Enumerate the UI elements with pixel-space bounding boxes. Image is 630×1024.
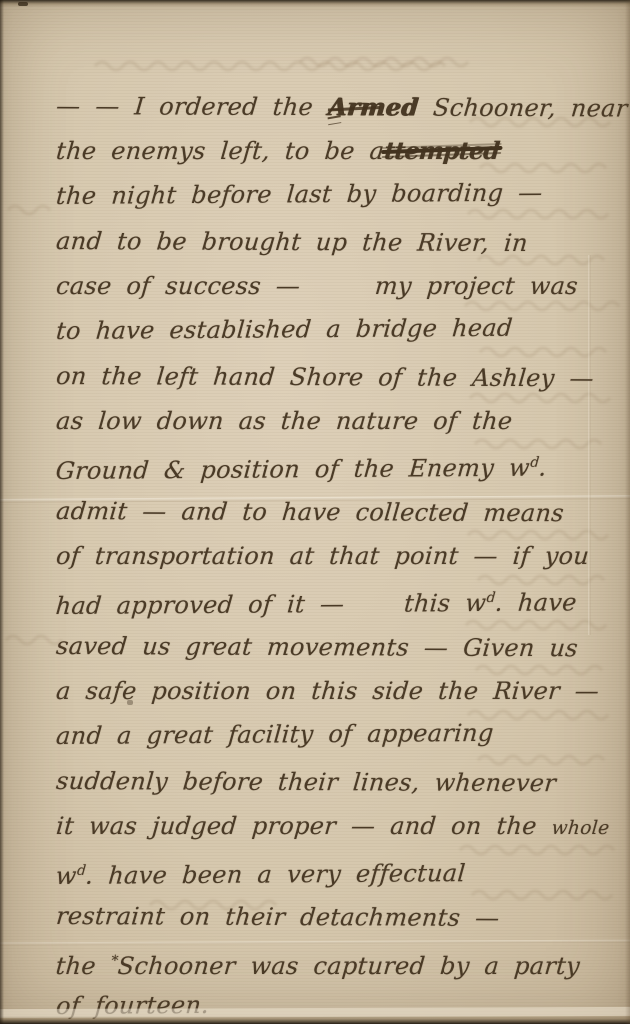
text-segment: — — I ordered the [55, 92, 329, 121]
letter-line: wd. have been a very effectual [54, 847, 610, 896]
scanned-letter-page: — — I ordered the Armed Schooner, nearth… [0, 0, 630, 1024]
text-segment: suddenly before their lines, whenever [55, 767, 557, 797]
text-segment: and to be brought up the River, in [55, 227, 529, 257]
text-segment: . [538, 454, 548, 482]
letter-line: the enemys left, to be attempted [54, 131, 610, 176]
text-segment: a safe position on this side the River — [55, 677, 600, 705]
letter-line: admit — and to have collected means [54, 491, 610, 538]
letter-line: had approved of it — this wd. have [54, 577, 610, 626]
text-segment-overwrite: Armed [327, 92, 420, 121]
text-segment: Schooner, near [417, 94, 629, 123]
ink-speck-margin [127, 700, 133, 705]
text-segment: . have [494, 588, 578, 617]
letter-line: restraint on their detachments — [54, 896, 610, 943]
text-segment-strike: ttempted [383, 136, 500, 165]
text-segment: restraint on their detachments — [55, 902, 501, 932]
letter-line: to have established a bridge head [54, 307, 610, 356]
text-segment: the night before last by boarding — [55, 179, 544, 210]
page-edge-left [0, 0, 4, 1024]
letter-line: a safe position on this side the River — [54, 671, 610, 716]
letter-body: — — I ordered the Armed Schooner, nearth… [56, 86, 608, 1024]
text-segment: of transportation at that point — if you [55, 542, 590, 570]
text-segment: to have established a bridge head [55, 314, 514, 345]
text-segment: Ground & position of the Enemy w [55, 454, 531, 485]
letter-line: saved us great movements — Given us [54, 626, 610, 673]
letter-line: on the left hand Shore of the Ashley — [54, 356, 610, 403]
page-edge-bottom [0, 1016, 630, 1024]
letter-line: and a great facility of appearing [54, 712, 610, 761]
text-segment: as low down as the nature of the [55, 407, 514, 435]
text-segment: case of success — my project was [55, 272, 579, 300]
letter-line: it was judged proper — and on the whole [54, 806, 610, 851]
letter-line: — — I ordered the Armed Schooner, near [54, 86, 610, 133]
letter-line: of transportation at that point — if you [54, 536, 610, 581]
letter-line: Ground & position of the Enemy wd. [54, 442, 610, 491]
letter-line: the night before last by boarding — [54, 172, 610, 221]
letter-line: case of success — my project was [54, 266, 610, 311]
text-segment: w [55, 862, 78, 890]
text-segment: and a great facility of appearing [55, 719, 495, 750]
text-segment: Schooner was captured by a party [117, 952, 582, 980]
text-segment: admit — and to have collected means [55, 497, 565, 527]
page-edge-right [625, 0, 630, 1024]
letter-line: suddenly before their lines, whenever [54, 761, 610, 808]
text-segment: the [55, 952, 113, 980]
text-segment: had approved of it — this w [55, 589, 488, 620]
text-segment-small: whole [551, 818, 611, 839]
text-segment: on the left hand Shore of the Ashley — [55, 362, 595, 392]
ink-speck-top-left [18, 2, 28, 6]
letter-line: as low down as the nature of the [54, 401, 610, 446]
text-segment: saved us great movements — Given us [55, 632, 579, 662]
letter-line: the *Schooner was captured by a party [54, 941, 610, 986]
text-segment: the enemys left, to be a [55, 137, 386, 165]
text-segment: . have been a very effectual [84, 859, 466, 890]
text-segment: it was judged proper — and on the [55, 812, 553, 840]
letter-line: and to be brought up the River, in [54, 221, 610, 268]
page-edge-top [0, 0, 630, 7]
